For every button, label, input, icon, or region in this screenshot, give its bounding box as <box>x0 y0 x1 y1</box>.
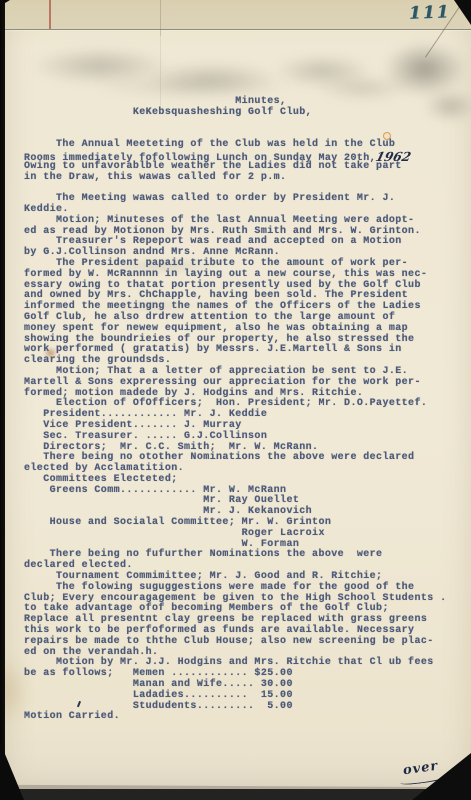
typed-line: Sec. Treasurer. ..... G.J.Collinson <box>24 432 446 443</box>
typed-line: formed by W. McRannnn in laying out a ne… <box>24 270 446 281</box>
document-page: 111 Minutes, KeKebsquasheshing Golf Club… <box>5 0 471 789</box>
red-margin-rule <box>49 0 51 29</box>
photo-edge-left <box>0 0 5 800</box>
page-number: 111 <box>408 2 450 23</box>
ink-smudge <box>120 55 305 101</box>
ink-smudge <box>255 48 390 94</box>
typed-line: KeKebsquasheshing Golf Club, <box>24 108 446 119</box>
typed-line: in the Draw, this wawas called for 2 p.m… <box>24 173 446 184</box>
typed-line: Motion; Minuteses of the last Annual Mee… <box>24 216 446 227</box>
typed-line: money spent for newew equipment, also he… <box>24 324 446 335</box>
ink-smudge <box>370 32 471 106</box>
ink-smudge <box>5 40 195 92</box>
typed-line: Martell & Sons expreressing our apprecia… <box>24 378 446 389</box>
typed-line: Motion Carried. <box>24 712 446 723</box>
handwritten-year: 1962 <box>374 152 411 163</box>
photo-edge-bottom <box>0 789 471 800</box>
ledger-header-band <box>5 0 471 30</box>
typed-line: Ladadies.......... 15.00 <box>24 691 446 702</box>
typed-line: The Meeting wawas called to order by Pre… <box>24 194 446 205</box>
typed-line <box>24 119 446 130</box>
scanned-minutes-photo: { "page": { "page_number": "111", "handw… <box>0 0 471 800</box>
typed-text: Minutes, KeKebsquasheshing Golf Club, Th… <box>24 97 446 723</box>
paper-crease <box>160 0 161 36</box>
